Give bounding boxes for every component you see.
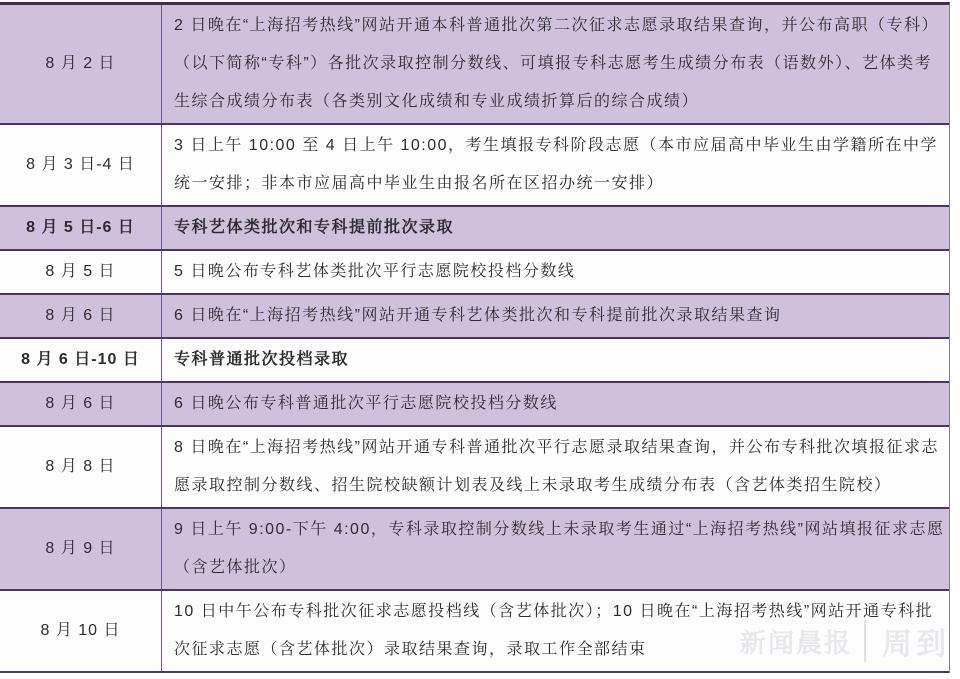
table-row: 8 月 10 日 10 日中午公布专科批次征求志愿投档线（含艺体批次）；10 日…	[0, 591, 949, 673]
content-text: 5 日晚公布专科艺体类批次平行志愿院校投档分数线	[174, 253, 575, 291]
table-row: 8 月 2 日 2 日晚在“上海招考热线”网站开通本科普通批次第二次征求志愿录取…	[0, 5, 949, 125]
date-label: 8 月 9 日	[45, 536, 115, 562]
date-label: 8 月 6 日-10 日	[21, 347, 140, 373]
table-row: 8 月 5 日-6 日 专科艺体类批次和专科提前批次录取	[0, 207, 949, 251]
table-row: 8 月 9 日 9 日上午 9:00-下午 4:00，专科录取控制分数线上未录取…	[0, 509, 949, 591]
content-cell: 2 日晚在“上海招考热线”网站开通本科普通批次第二次征求志愿录取结果查询，并公布…	[162, 5, 949, 123]
content-text: 9 日上午 9:00-下午 4:00，专科录取控制分数线上未录取考生通过“上海招…	[174, 511, 945, 587]
content-text: 专科普通批次投档录取	[174, 341, 349, 379]
table-row: 8 月 6 日 6 日晚公布专科普通批次平行志愿院校投档分数线	[0, 383, 949, 427]
content-text: 3 日上午 10:00 至 4 日上午 10:00，考生填报专科阶段志愿（本市应…	[174, 127, 945, 203]
date-cell: 8 月 2 日	[0, 5, 162, 123]
date-label: 8 月 3 日-4 日	[26, 152, 135, 178]
date-cell: 8 月 9 日	[0, 509, 162, 589]
content-text: 8 日晚在“上海招考热线”网站开通专科普通批次平行志愿录取结果查询，并公布专科批…	[174, 429, 945, 505]
content-cell: 3 日上午 10:00 至 4 日上午 10:00，考生填报专科阶段志愿（本市应…	[162, 125, 949, 205]
date-label: 8 月 2 日	[45, 51, 115, 77]
content-cell: 8 日晚在“上海招考热线”网站开通专科普通批次平行志愿录取结果查询，并公布专科批…	[162, 427, 949, 507]
content-text: 专科艺体类批次和专科提前批次录取	[174, 209, 454, 247]
date-cell: 8 月 6 日-10 日	[0, 339, 162, 381]
date-cell: 8 月 10 日	[0, 591, 162, 671]
date-label: 8 月 5 日-6 日	[26, 215, 135, 241]
table-row: 8 月 6 日-10 日 专科普通批次投档录取	[0, 339, 949, 383]
content-cell: 5 日晚公布专科艺体类批次平行志愿院校投档分数线	[162, 251, 949, 293]
content-text: 10 日中午公布专科批次征求志愿投档线（含艺体批次）；10 日晚在“上海招考热线…	[174, 593, 945, 669]
content-cell: 专科普通批次投档录取	[162, 339, 949, 381]
date-cell: 8 月 6 日	[0, 295, 162, 337]
content-text: 6 日晚公布专科普通批次平行志愿院校投档分数线	[174, 385, 558, 423]
table-row: 8 月 5 日 5 日晚公布专科艺体类批次平行志愿院校投档分数线	[0, 251, 949, 295]
date-cell: 8 月 6 日	[0, 383, 162, 425]
content-cell: 6 日晚公布专科普通批次平行志愿院校投档分数线	[162, 383, 949, 425]
content-text: 2 日晚在“上海招考热线”网站开通本科普通批次第二次征求志愿录取结果查询，并公布…	[174, 7, 945, 121]
table-row: 8 月 8 日 8 日晚在“上海招考热线”网站开通专科普通批次平行志愿录取结果查…	[0, 427, 949, 509]
date-label: 8 月 5 日	[45, 259, 115, 285]
date-cell: 8 月 5 日-6 日	[0, 207, 162, 249]
date-label: 8 月 6 日	[45, 391, 115, 417]
content-cell: 9 日上午 9:00-下午 4:00，专科录取控制分数线上未录取考生通过“上海招…	[162, 509, 949, 589]
date-cell: 8 月 3 日-4 日	[0, 125, 162, 205]
date-cell: 8 月 5 日	[0, 251, 162, 293]
content-cell: 6 日晚在“上海招考热线”网站开通专科艺体类批次和专科提前批次录取结果查询	[162, 295, 949, 337]
date-label: 8 月 10 日	[40, 618, 120, 644]
date-label: 8 月 6 日	[45, 303, 115, 329]
table-row: 8 月 3 日-4 日 3 日上午 10:00 至 4 日上午 10:00，考生…	[0, 125, 949, 207]
schedule-table: 8 月 2 日 2 日晚在“上海招考热线”网站开通本科普通批次第二次征求志愿录取…	[0, 2, 950, 673]
content-text: 6 日晚在“上海招考热线”网站开通专科艺体类批次和专科提前批次录取结果查询	[174, 297, 782, 335]
date-cell: 8 月 8 日	[0, 427, 162, 507]
content-cell: 10 日中午公布专科批次征求志愿投档线（含艺体批次）；10 日晚在“上海招考热线…	[162, 591, 949, 671]
date-label: 8 月 8 日	[45, 454, 115, 480]
table-row: 8 月 6 日 6 日晚在“上海招考热线”网站开通专科艺体类批次和专科提前批次录…	[0, 295, 949, 339]
content-cell: 专科艺体类批次和专科提前批次录取	[162, 207, 949, 249]
